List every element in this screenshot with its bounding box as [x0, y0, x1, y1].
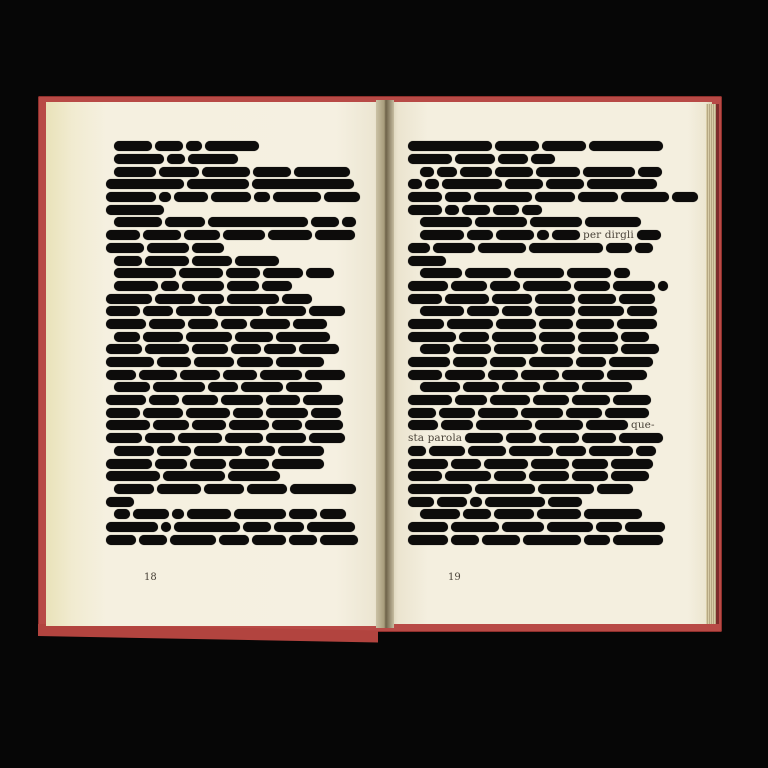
marker-redaction-bar: [578, 192, 618, 202]
marker-redaction-bar: [637, 230, 661, 240]
marker-redaction-bar: [582, 433, 616, 443]
marker-redaction-bar: [114, 446, 154, 456]
marker-redaction-bar: [149, 319, 185, 329]
marker-redaction-bar: [186, 408, 230, 418]
visible-word: per dirgli: [583, 230, 634, 240]
marker-redaction-bar: [268, 230, 312, 240]
marker-redaction-bar: [266, 408, 308, 418]
marker-redaction-bar: [572, 471, 608, 481]
marker-redaction-bar: [139, 370, 177, 380]
marker-redaction-bar: [614, 268, 630, 278]
text-line: [408, 445, 664, 458]
marker-redaction-bar: [537, 230, 549, 240]
marker-redaction-bar: [474, 192, 532, 202]
marker-redaction-bar: [106, 294, 152, 304]
marker-redaction-bar: [535, 192, 575, 202]
text-line: [106, 153, 356, 166]
marker-redaction-bar: [114, 268, 176, 278]
text-line: [408, 292, 664, 305]
marker-redaction-bar: [174, 192, 208, 202]
marker-redaction-bar: [106, 535, 136, 545]
marker-redaction-bar: [408, 141, 492, 151]
marker-redaction-bar: [174, 522, 240, 532]
marker-redaction-bar: [182, 395, 218, 405]
marker-redaction-bar: [635, 243, 653, 253]
text-line: que-: [408, 419, 664, 432]
marker-redaction-bar: [585, 217, 641, 227]
marker-redaction-bar: [235, 332, 273, 342]
marker-redaction-bar: [179, 268, 223, 278]
marker-redaction-bar: [531, 459, 569, 469]
text-line: [106, 381, 356, 394]
marker-redaction-bar: [437, 497, 467, 507]
marker-redaction-bar: [408, 535, 448, 545]
marker-redaction-bar: [149, 395, 179, 405]
marker-redaction-bar: [523, 535, 581, 545]
marker-redaction-bar: [263, 268, 303, 278]
marker-redaction-bar: [523, 281, 571, 291]
text-line: [408, 381, 664, 394]
marker-redaction-bar: [253, 167, 291, 177]
marker-redaction-bar: [243, 522, 271, 532]
marker-redaction-bar: [208, 217, 308, 227]
book-gutter: [376, 100, 394, 628]
marker-redaction-bar: [638, 167, 662, 177]
marker-redaction-bar: [186, 332, 232, 342]
marker-redaction-bar: [441, 420, 473, 430]
text-line: [408, 280, 664, 293]
marker-redaction-bar: [572, 395, 610, 405]
marker-redaction-bar: [535, 420, 583, 430]
marker-redaction-bar: [114, 332, 140, 342]
marker-redaction-bar: [273, 192, 321, 202]
marker-redaction-bar: [502, 306, 532, 316]
marker-redaction-bar: [420, 382, 460, 392]
text-line: [106, 229, 356, 242]
marker-redaction-bar: [408, 484, 472, 494]
marker-redaction-bar: [247, 484, 287, 494]
marker-redaction-bar: [576, 357, 606, 367]
marker-redaction-bar: [221, 319, 247, 329]
marker-redaction-bar: [408, 256, 446, 266]
marker-redaction-bar: [289, 535, 317, 545]
marker-redaction-bar: [159, 167, 199, 177]
marker-redaction-bar: [157, 484, 201, 494]
marker-redaction-bar: [572, 459, 608, 469]
marker-redaction-bar: [114, 484, 154, 494]
marker-redaction-bar: [161, 522, 171, 532]
marker-redaction-bar: [538, 484, 594, 494]
marker-redaction-bar: [176, 306, 212, 316]
marker-redaction-bar: [192, 256, 232, 266]
marker-redaction-bar: [462, 205, 490, 215]
marker-redaction-bar: [408, 243, 430, 253]
marker-redaction-bar: [320, 535, 358, 545]
text-line: [106, 533, 356, 546]
marker-redaction-bar: [194, 446, 242, 456]
visible-word: que-: [631, 420, 655, 430]
marker-redaction-bar: [578, 294, 616, 304]
marker-redaction-bar: [467, 306, 499, 316]
text-line: [408, 521, 664, 534]
marker-redaction-bar: [607, 370, 647, 380]
marker-redaction-bar: [228, 471, 280, 481]
marker-redaction-bar: [106, 357, 154, 367]
left-page-text-block: [106, 140, 356, 559]
marker-redaction-bar: [619, 433, 663, 443]
marker-redaction-bar: [609, 357, 653, 367]
marker-redaction-bar: [485, 497, 545, 507]
text-line: [408, 368, 664, 381]
marker-redaction-bar: [106, 230, 140, 240]
marker-redaction-bar: [155, 459, 187, 469]
marker-redaction-bar: [494, 471, 526, 481]
marker-redaction-bar: [542, 141, 586, 151]
text-line: [106, 267, 356, 280]
text-line: [106, 419, 356, 432]
marker-redaction-bar: [106, 243, 144, 253]
marker-redaction-bar: [586, 420, 628, 430]
marker-redaction-bar: [408, 332, 456, 342]
marker-redaction-bar: [276, 357, 324, 367]
marker-redaction-bar: [188, 319, 218, 329]
marker-redaction-bar: [165, 217, 205, 227]
marker-redaction-bar: [282, 294, 312, 304]
text-line: [106, 318, 356, 331]
marker-redaction-bar: [502, 522, 544, 532]
text-line: [408, 318, 664, 331]
text-line: [106, 483, 356, 496]
marker-redaction-bar: [143, 230, 181, 240]
marker-redaction-bar: [437, 167, 457, 177]
marker-redaction-bar: [493, 205, 519, 215]
marker-redaction-bar: [237, 357, 273, 367]
marker-redaction-bar: [502, 382, 540, 392]
marker-redaction-bar: [468, 446, 506, 456]
marker-redaction-bar: [143, 332, 183, 342]
text-line: [106, 242, 356, 255]
marker-redaction-bar: [488, 370, 518, 380]
marker-redaction-bar: [636, 446, 656, 456]
marker-redaction-bar: [535, 294, 575, 304]
marker-redaction-bar: [445, 471, 491, 481]
marker-redaction-bar: [106, 497, 134, 507]
text-line: [408, 242, 664, 255]
text-line: [408, 483, 664, 496]
marker-redaction-bar: [106, 370, 136, 380]
marker-redaction-bar: [562, 370, 604, 380]
marker-redaction-bar: [596, 522, 622, 532]
text-line: [408, 216, 664, 229]
marker-redaction-bar: [254, 192, 270, 202]
marker-redaction-bar: [475, 484, 535, 494]
text-line: [106, 203, 356, 216]
marker-redaction-bar: [587, 179, 657, 189]
marker-redaction-bar: [223, 370, 257, 380]
marker-redaction-bar: [445, 205, 459, 215]
marker-redaction-bar: [467, 230, 493, 240]
marker-redaction-bar: [539, 319, 573, 329]
text-line: [408, 305, 664, 318]
marker-redaction-bar: [147, 243, 189, 253]
marker-redaction-bar: [157, 446, 191, 456]
marker-redaction-bar: [495, 141, 539, 151]
marker-redaction-bar: [272, 459, 324, 469]
text-line: [408, 330, 664, 343]
text-line: [408, 165, 664, 178]
marker-redaction-bar: [114, 217, 162, 227]
marker-redaction-bar: [161, 281, 179, 291]
text-line: per dirgli: [408, 229, 664, 242]
text-line: [106, 495, 356, 508]
marker-redaction-bar: [531, 154, 555, 164]
marker-redaction-bar: [157, 357, 191, 367]
text-line: [106, 508, 356, 521]
marker-redaction-bar: [529, 471, 569, 481]
marker-redaction-bar: [182, 281, 224, 291]
marker-redaction-bar: [613, 535, 663, 545]
text-line: [408, 495, 664, 508]
marker-redaction-bar: [578, 344, 618, 354]
marker-redaction-bar: [451, 281, 487, 291]
marker-redaction-bar: [114, 256, 142, 266]
marker-redaction-bar: [552, 230, 580, 240]
marker-redaction-bar: [521, 408, 563, 418]
marker-redaction-bar: [223, 230, 265, 240]
marker-redaction-bar: [439, 408, 475, 418]
marker-redaction-bar: [521, 370, 559, 380]
marker-redaction-bar: [509, 446, 553, 456]
marker-redaction-bar: [106, 471, 160, 481]
marker-redaction-bar: [574, 281, 610, 291]
marker-redaction-bar: [286, 382, 322, 392]
marker-redaction-bar: [187, 179, 249, 189]
marker-redaction-bar: [106, 319, 146, 329]
marker-redaction-bar: [589, 446, 633, 456]
marker-redaction-bar: [658, 281, 668, 291]
marker-redaction-bar: [465, 268, 511, 278]
marker-redaction-bar: [556, 446, 586, 456]
marker-redaction-bar: [178, 433, 222, 443]
marker-redaction-bar: [307, 522, 355, 532]
text-line: [408, 140, 664, 153]
marker-redaction-bar: [420, 306, 464, 316]
visible-word: sta parola: [408, 433, 462, 443]
right-page-text-block: per dirglique-sta parola: [408, 140, 664, 559]
text-line: [408, 267, 664, 280]
marker-redaction-bar: [619, 294, 655, 304]
text-line: [106, 457, 356, 470]
marker-redaction-bar: [305, 420, 343, 430]
marker-redaction-bar: [584, 535, 610, 545]
marker-redaction-bar: [408, 471, 442, 481]
text-line: [408, 153, 664, 166]
marker-redaction-bar: [229, 459, 269, 469]
text-line: sta parola: [408, 432, 664, 445]
marker-redaction-bar: [143, 408, 183, 418]
marker-redaction-bar: [252, 535, 286, 545]
text-line: [106, 216, 356, 229]
marker-redaction-bar: [114, 281, 158, 291]
marker-redaction-bar: [311, 408, 341, 418]
marker-redaction-bar: [315, 230, 355, 240]
marker-redaction-bar: [145, 344, 189, 354]
marker-redaction-bar: [476, 420, 532, 430]
marker-redaction-bar: [453, 344, 491, 354]
marker-redaction-bar: [202, 167, 250, 177]
marker-redaction-bar: [621, 344, 659, 354]
marker-redaction-bar: [187, 509, 231, 519]
marker-redaction-bar: [163, 471, 225, 481]
marker-redaction-bar: [293, 319, 327, 329]
marker-redaction-bar: [611, 459, 653, 469]
marker-redaction-bar: [190, 459, 226, 469]
marker-redaction-bar: [342, 217, 356, 227]
text-line: [408, 254, 664, 267]
marker-redaction-bar: [303, 395, 343, 405]
marker-redaction-bar: [192, 344, 228, 354]
marker-redaction-bar: [494, 509, 534, 519]
marker-redaction-bar: [215, 306, 263, 316]
marker-redaction-bar: [495, 167, 533, 177]
marker-redaction-bar: [114, 167, 156, 177]
marker-redaction-bar: [451, 459, 481, 469]
marker-redaction-bar: [621, 332, 649, 342]
marker-redaction-bar: [106, 205, 164, 215]
marker-redaction-bar: [470, 497, 482, 507]
right-page-number: 19: [448, 572, 461, 583]
marker-redaction-bar: [184, 230, 220, 240]
marker-redaction-bar: [114, 141, 152, 151]
marker-redaction-bar: [106, 395, 146, 405]
text-line: [106, 305, 356, 318]
marker-redaction-bar: [576, 319, 614, 329]
text-line: [408, 406, 664, 419]
text-line: [408, 470, 664, 483]
marker-redaction-bar: [484, 459, 528, 469]
marker-redaction-bar: [535, 306, 575, 316]
marker-redaction-bar: [408, 294, 442, 304]
marker-redaction-bar: [225, 433, 263, 443]
marker-redaction-bar: [227, 294, 279, 304]
open-book: per dirglique-sta parola 18 19: [38, 96, 722, 636]
text-line: [408, 546, 664, 559]
marker-redaction-bar: [231, 344, 261, 354]
marker-redaction-bar: [445, 294, 489, 304]
marker-redaction-bar: [459, 332, 489, 342]
page-fore-edge: [706, 104, 719, 624]
marker-redaction-bar: [266, 433, 306, 443]
text-line: [408, 533, 664, 546]
marker-redaction-bar: [145, 256, 189, 266]
marker-redaction-bar: [106, 459, 152, 469]
marker-redaction-bar: [445, 192, 471, 202]
left-page-number: 18: [144, 572, 157, 583]
marker-redaction-bar: [539, 332, 575, 342]
marker-redaction-bar: [429, 446, 465, 456]
marker-redaction-bar: [408, 408, 436, 418]
marker-redaction-bar: [408, 497, 434, 507]
marker-redaction-bar: [460, 167, 492, 177]
marker-redaction-bar: [490, 281, 520, 291]
marker-redaction-bar: [498, 154, 528, 164]
marker-redaction-bar: [233, 408, 263, 418]
marker-redaction-bar: [408, 319, 444, 329]
marker-redaction-bar: [309, 433, 345, 443]
marker-redaction-bar: [496, 230, 534, 240]
marker-redaction-bar: [408, 154, 452, 164]
marker-redaction-bar: [211, 192, 251, 202]
marker-redaction-bar: [408, 420, 438, 430]
marker-redaction-bar: [530, 217, 582, 227]
marker-redaction-bar: [114, 382, 150, 392]
marker-redaction-bar: [621, 192, 669, 202]
marker-redaction-bar: [276, 332, 330, 342]
marker-redaction-bar: [408, 446, 426, 456]
marker-redaction-bar: [234, 509, 286, 519]
marker-redaction-bar: [539, 433, 579, 443]
marker-redaction-bar: [451, 535, 479, 545]
marker-redaction-bar: [241, 382, 283, 392]
marker-redaction-bar: [221, 395, 263, 405]
marker-redaction-bar: [305, 370, 345, 380]
text-line: [408, 356, 664, 369]
marker-redaction-bar: [582, 382, 632, 392]
text-line: [106, 280, 356, 293]
marker-redaction-bar: [294, 167, 350, 177]
text-line: [106, 394, 356, 407]
marker-redaction-bar: [106, 192, 156, 202]
text-line: [106, 470, 356, 483]
marker-redaction-bar: [455, 395, 487, 405]
marker-redaction-bar: [420, 268, 462, 278]
marker-redaction-bar: [566, 408, 602, 418]
marker-redaction-bar: [264, 344, 296, 354]
marker-redaction-bar: [617, 319, 657, 329]
marker-redaction-bar: [245, 446, 275, 456]
marker-redaction-bar: [106, 408, 140, 418]
marker-redaction-bar: [309, 306, 345, 316]
marker-redaction-bar: [155, 141, 183, 151]
marker-redaction-bar: [262, 281, 292, 291]
marker-redaction-bar: [408, 179, 422, 189]
marker-redaction-bar: [145, 433, 175, 443]
marker-redaction-bar: [106, 420, 150, 430]
marker-redaction-bar: [475, 217, 527, 227]
marker-redaction-bar: [198, 294, 224, 304]
marker-redaction-bar: [408, 370, 442, 380]
marker-redaction-bar: [546, 179, 584, 189]
marker-redaction-bar: [106, 433, 142, 443]
marker-redaction-bar: [172, 509, 184, 519]
marker-redaction-bar: [420, 167, 434, 177]
marker-redaction-bar: [290, 484, 356, 494]
marker-redaction-bar: [153, 382, 205, 392]
text-line: [106, 432, 356, 445]
text-line: [106, 445, 356, 458]
marker-redaction-bar: [289, 509, 317, 519]
marker-redaction-bar: [492, 294, 532, 304]
marker-redaction-bar: [478, 408, 518, 418]
marker-redaction-bar: [505, 179, 543, 189]
marker-redaction-bar: [153, 420, 189, 430]
marker-redaction-bar: [205, 141, 259, 151]
marker-redaction-bar: [514, 268, 564, 278]
marker-redaction-bar: [453, 357, 487, 367]
marker-redaction-bar: [482, 535, 520, 545]
marker-redaction-bar: [114, 509, 130, 519]
marker-redaction-bar: [106, 344, 142, 354]
